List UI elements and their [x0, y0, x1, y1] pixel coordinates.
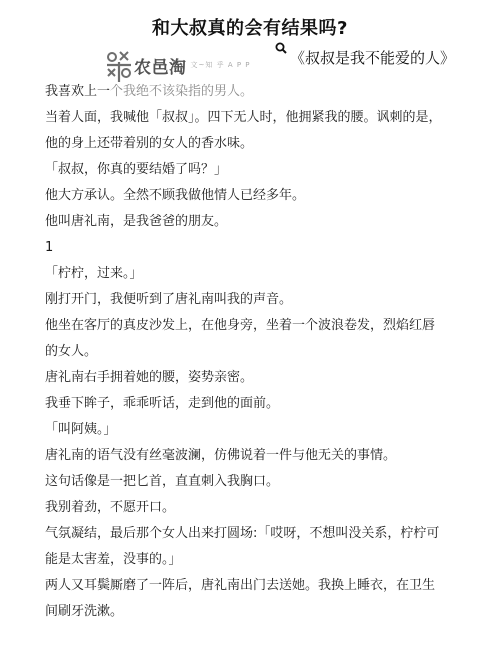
paragraph: 「叫阿姨。」 — [45, 417, 465, 443]
paragraph: 两人又耳鬓厮磨了一阵后，唐礼南出门去送她。我换上睡衣，在卫生 间刷牙洗漱。 — [45, 573, 465, 625]
search-icon — [275, 42, 287, 54]
paragraph: 唐礼南的语气没有丝毫波澜，仿佛说着一件与他无关的事情。 — [45, 443, 465, 469]
story-subtitle: 《叔叔是我不能爱的人》 — [290, 47, 455, 68]
paragraph: 气氛凝结，最后那个女人出来打圆场:「哎呀，不想叫没关系，柠柠可 能是太害羞，没事… — [45, 521, 465, 573]
paragraph: 刚打开门，我便听到了唐礼南叫我的声音。 — [45, 287, 465, 313]
paragraph: 我别着劲，不愿开口。 — [45, 495, 465, 521]
paragraph-faded: 个我绝不该染指的男人。 — [110, 84, 253, 99]
paragraph: 他坐在客厅的真皮沙发上，在他身旁，坐着一个波浪卷发，烈焰红唇 的女人。 — [45, 313, 465, 365]
paragraph: 这句话像是一把匕首，直直刺入我胸口。 — [45, 469, 465, 495]
article-body: 我喜欢上一个我绝不该染指的男人。 当着人面，我喊他「叔叔」。四下无人时，他拥紧我… — [45, 79, 465, 625]
paragraph: 我喜欢上一个我绝不该染指的男人。 — [45, 79, 465, 105]
paragraph: 他叫唐礼南，是我爸爸的朋友。 — [45, 209, 465, 235]
paragraph: 当着人面，我喊他「叔叔」。四下无人时，他拥紧我的腰。讽刺的是， 他的身上还带着别… — [45, 105, 465, 157]
watermark-brand: 农邑淘 — [134, 53, 187, 78]
paragraph: 我垂下眸子，乖乖听话，走到他的面前。 — [45, 391, 465, 417]
watermark-logo-icon — [106, 48, 132, 82]
paragraph-lead: 我喜欢上一 — [45, 84, 110, 99]
chapter-number: 1 — [45, 235, 465, 261]
paragraph: 他大方承认。全然不顾我做他情人已经多年。 — [45, 183, 465, 209]
paragraph: 「叔叔，你真的要结婚了吗？」 — [45, 157, 465, 183]
article-title: 和大叔真的会有结果吗? — [0, 14, 500, 40]
paragraph: 「柠柠，过来。」 — [45, 261, 465, 287]
paragraph: 唐礼南右手拥着她的腰，姿势亲密。 — [45, 365, 465, 391]
watermark: 农邑淘 文~知 乎 A P P — [106, 48, 251, 82]
watermark-small-text: 文~知 乎 A P P — [191, 60, 251, 70]
